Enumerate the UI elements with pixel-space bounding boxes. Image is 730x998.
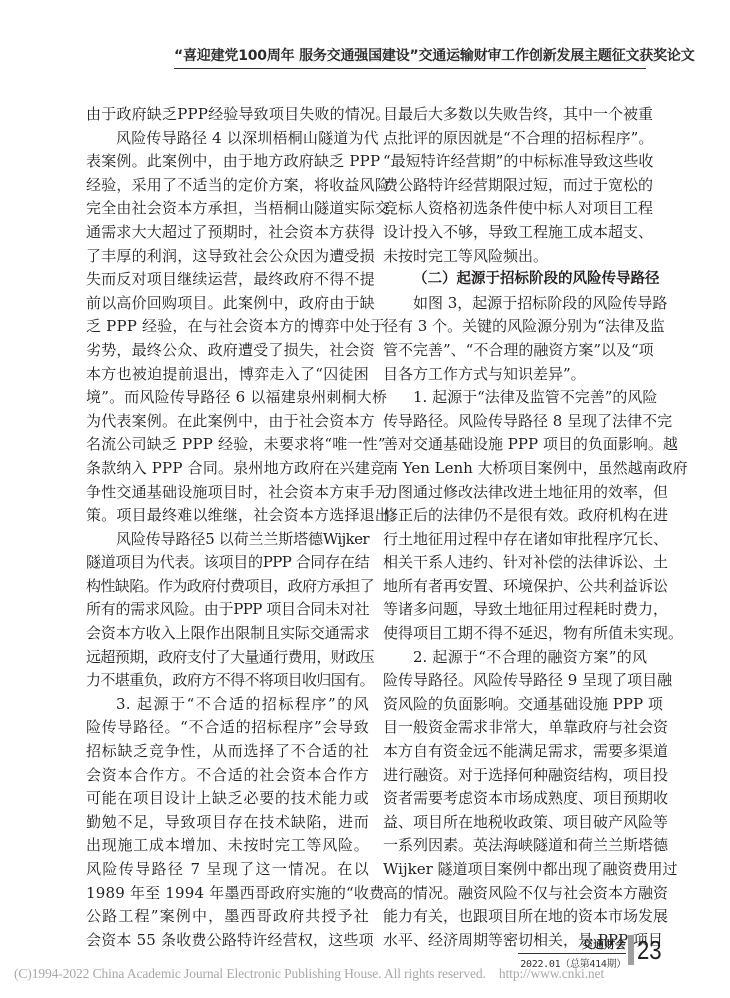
- paragraph-line: 修正后的法律仍不是很有效。政府机构在进: [383, 504, 647, 528]
- paragraph-line: 乏 PPP 经验，在与社会资本方的博弈中处于: [86, 315, 369, 339]
- left-column: 由于政府缺乏PPP经验导致项目失败的情况。 风险传导路径 4 以深圳梧桐山隧道为…: [86, 103, 369, 952]
- paragraph-line: 所有的需求风险。由于PPP 项目合同未对社: [86, 598, 369, 622]
- paragraph-line: 地所有者再安置、环境保护、公共利益诉讼: [383, 575, 647, 599]
- paragraph-line: 表案例。此案例中，由于地方政府缺乏 PPP: [86, 150, 369, 174]
- paragraph-line: 资风险的负面影响。交通基础设施 PPP 项: [383, 693, 647, 717]
- paragraph-line: 使得项目工期不得不延迟，物有所值未实现。: [383, 622, 647, 646]
- paragraph-line: 险传导路径。“不合适的招标程序”会导致: [86, 716, 369, 740]
- subsection-line: 3. 起源于“不合适的招标程序”的风: [86, 693, 369, 717]
- paragraph-line: 失而反对项目继续运营，最终政府不得不提: [86, 268, 369, 292]
- paragraph-line: 善对交通基础设施 PPP 项目的负面影响。越: [383, 433, 647, 457]
- paragraph-line: 目各方工作方式与知识差异”。: [383, 363, 647, 387]
- paragraph-line: 会资本合作方。不合适的社会资本合作方: [86, 764, 369, 788]
- paragraph-line: 名流公司缺乏 PPP 经验，未要求将“唯一性”: [86, 433, 369, 457]
- copyright-notice: (C)1994-2022 China Academic Journal Elec…: [14, 966, 714, 982]
- paragraph-line: 1989 年至 1994 年墨西哥政府实施的“收费: [86, 882, 369, 906]
- paragraph-line: 会资本 55 条收费公路特许经营权，这些项: [86, 929, 369, 953]
- journal-footer: 交通财会 2022.01（总第414期）: [518, 936, 626, 970]
- paragraph-line: 一系列因素。英法海峡隧道和荷兰兰斯塔德: [383, 834, 647, 858]
- paragraph-line: 隧道项目为代表。该项目的PPP 合同存在结: [86, 551, 369, 575]
- paragraph-line: 境”。而风险传导路径 6 以福建泉州刺桐大桥: [86, 386, 369, 410]
- subsection-line: 2. 起源于“不合理的融资方案”的风: [383, 646, 647, 670]
- paragraph-line: 劣势，最终公众、政府遭受了损失，社会资: [86, 339, 369, 363]
- paragraph-line: 进行融资。对于选择何种融资结构，项目投: [383, 764, 647, 788]
- paragraph-line: 经验，采用了不适当的定价方案，将收益风险: [86, 174, 369, 198]
- page-number-block: 23: [628, 935, 666, 965]
- paragraph-line: 如图 3，起源于招标阶段的风险传导路: [383, 292, 647, 316]
- paragraph-line: 风险传导路径5 以荷兰兰斯塔德Wijker: [86, 528, 369, 552]
- paragraph-line: 资者需要考虑资本市场成熟度、项目预期收: [383, 787, 647, 811]
- paragraph-line: 目一般资金需求非常大，单靠政府与社会资: [383, 716, 647, 740]
- paragraph-line: 南 Yen Lenh 大桥项目案例中，虽然越南政府: [383, 457, 647, 481]
- paragraph-line: 本方也被迫提前退出，博弈走入了“囚徒困: [86, 363, 369, 387]
- paragraph-line: 会资本方收入上限作出限制且实际交通需求: [86, 622, 369, 646]
- paragraph-line: 争性交通基础设施项目时，社会资本方束手无: [86, 481, 369, 505]
- paragraph-line: 点批评的原因就是“不合理的招标程序”。: [383, 127, 647, 151]
- paragraph-line: Wijker 隧道项目案例中都出现了融资费用过: [383, 858, 647, 882]
- paragraph-line: 能力有关，也跟项目所在地的资本市场发展: [383, 905, 647, 929]
- paragraph-line: 行土地征用过程中存在诸如审批程序冗长、: [383, 528, 647, 552]
- journal-name: 交通财会: [518, 936, 626, 954]
- paragraph-line: 设计投入不够，导致工程施工成本超支、: [383, 221, 647, 245]
- paragraph-line: 风险传导路径 7 呈现了这一情况。在以: [86, 858, 369, 882]
- paragraph-line: 构性缺陷。作为政府付费项目，政府方承担了: [86, 575, 369, 599]
- paragraph-line: 竞标人资格初选条件使中标人对项目工程: [383, 197, 647, 221]
- paragraph-line: 条款纳入 PPP 合同。泉州地方政府在兴建竞: [86, 457, 369, 481]
- paragraph-line: 险传导路径。风险传导路径 9 呈现了项目融: [383, 669, 647, 693]
- paragraph-line: 益、项目所在地税收政策、项目破产风险等: [383, 811, 647, 835]
- paragraph-line: 通需求大大超过了预期时，社会资本方获得: [86, 221, 369, 245]
- paragraph-line: 高的情况。融资风险不仅与社会资本方融资: [383, 882, 647, 906]
- paragraph-line: 招标缺乏竞争性，从而选择了不合适的社: [86, 740, 369, 764]
- paragraph-line: 可能在项目设计上缺乏必要的技术能力或: [86, 787, 369, 811]
- page-number: 23: [637, 935, 662, 965]
- paragraph-line: 力图通过修改法律改进土地征用的效率，但: [383, 481, 647, 505]
- paragraph-line: 公路工程”案例中，墨西哥政府共授予社: [86, 905, 369, 929]
- paragraph-line: 目最后大多数以失败告终，其中一个被重: [383, 103, 647, 127]
- paragraph-line: 径有 3 个。关键的风险源分别为“法律及监: [383, 315, 647, 339]
- paragraph-line: 出现施工成本增加、未按时完工等风险。: [86, 834, 369, 858]
- subsection-line: 1. 起源于“法律及监管不完善”的风险: [383, 386, 647, 410]
- paragraph-line: 勤勉不足，导致项目存在技术缺陷，进而: [86, 811, 369, 835]
- paragraph-line: 由于政府缺乏PPP经验导致项目失败的情况。: [86, 103, 369, 127]
- paragraph-line: 为代表案例。在此案例中，由于社会资本方: [86, 410, 369, 434]
- paragraph-line: 远超预期，政府支付了大量通行费用，财政压: [86, 646, 369, 670]
- paragraph-line: 力不堪重负，政府方不得不将项目收归国有。: [86, 669, 369, 693]
- paragraph-line: 管不完善”、“不合理的融资方案”以及“项: [383, 339, 647, 363]
- paragraph-line: 了丰厚的利润，这导致社会公众因为遭受损: [86, 245, 369, 269]
- page-marker-bar: [628, 935, 634, 965]
- paragraph-line: “最短特许经营期”的中标标准导致这些收: [383, 150, 647, 174]
- right-column: 目最后大多数以失败告终，其中一个被重 点批评的原因就是“不合理的招标程序”。 “…: [383, 103, 647, 952]
- paragraph-line: 前以高价回购项目。此案例中，政府由于缺: [86, 292, 369, 316]
- paragraph-line: 未按时完工等风险频出。: [383, 245, 647, 269]
- paragraph-line: 相关干系人违约、针对补偿的法律诉讼、土: [383, 551, 647, 575]
- paragraph-line: 费公路特许经营期限过短，而过于宽松的: [383, 174, 647, 198]
- section-heading: （二）起源于招标阶段的风险传导路径: [383, 268, 647, 292]
- paragraph-line: 风险传导路径 4 以深圳梧桐山隧道为代: [86, 127, 369, 151]
- paragraph-line: 完全由社会资本方承担，当梧桐山隧道实际交: [86, 197, 369, 221]
- paragraph-line: 策。项目最终难以维继，社会资本方选择退出。: [86, 504, 369, 528]
- paragraph-line: 本方自有资金远不能满足需求，需要多渠道: [383, 740, 647, 764]
- running-header: “喜迎建党100周年 服务交通强国建设”交通运输财审工作创新发展主题征文获奖论文: [174, 45, 646, 69]
- paragraph-line: 传导路径。风险传导路径 8 呈现了法律不完: [383, 410, 647, 434]
- paragraph-line: 等诸多问题，导致土地征用过程耗时费力，: [383, 598, 647, 622]
